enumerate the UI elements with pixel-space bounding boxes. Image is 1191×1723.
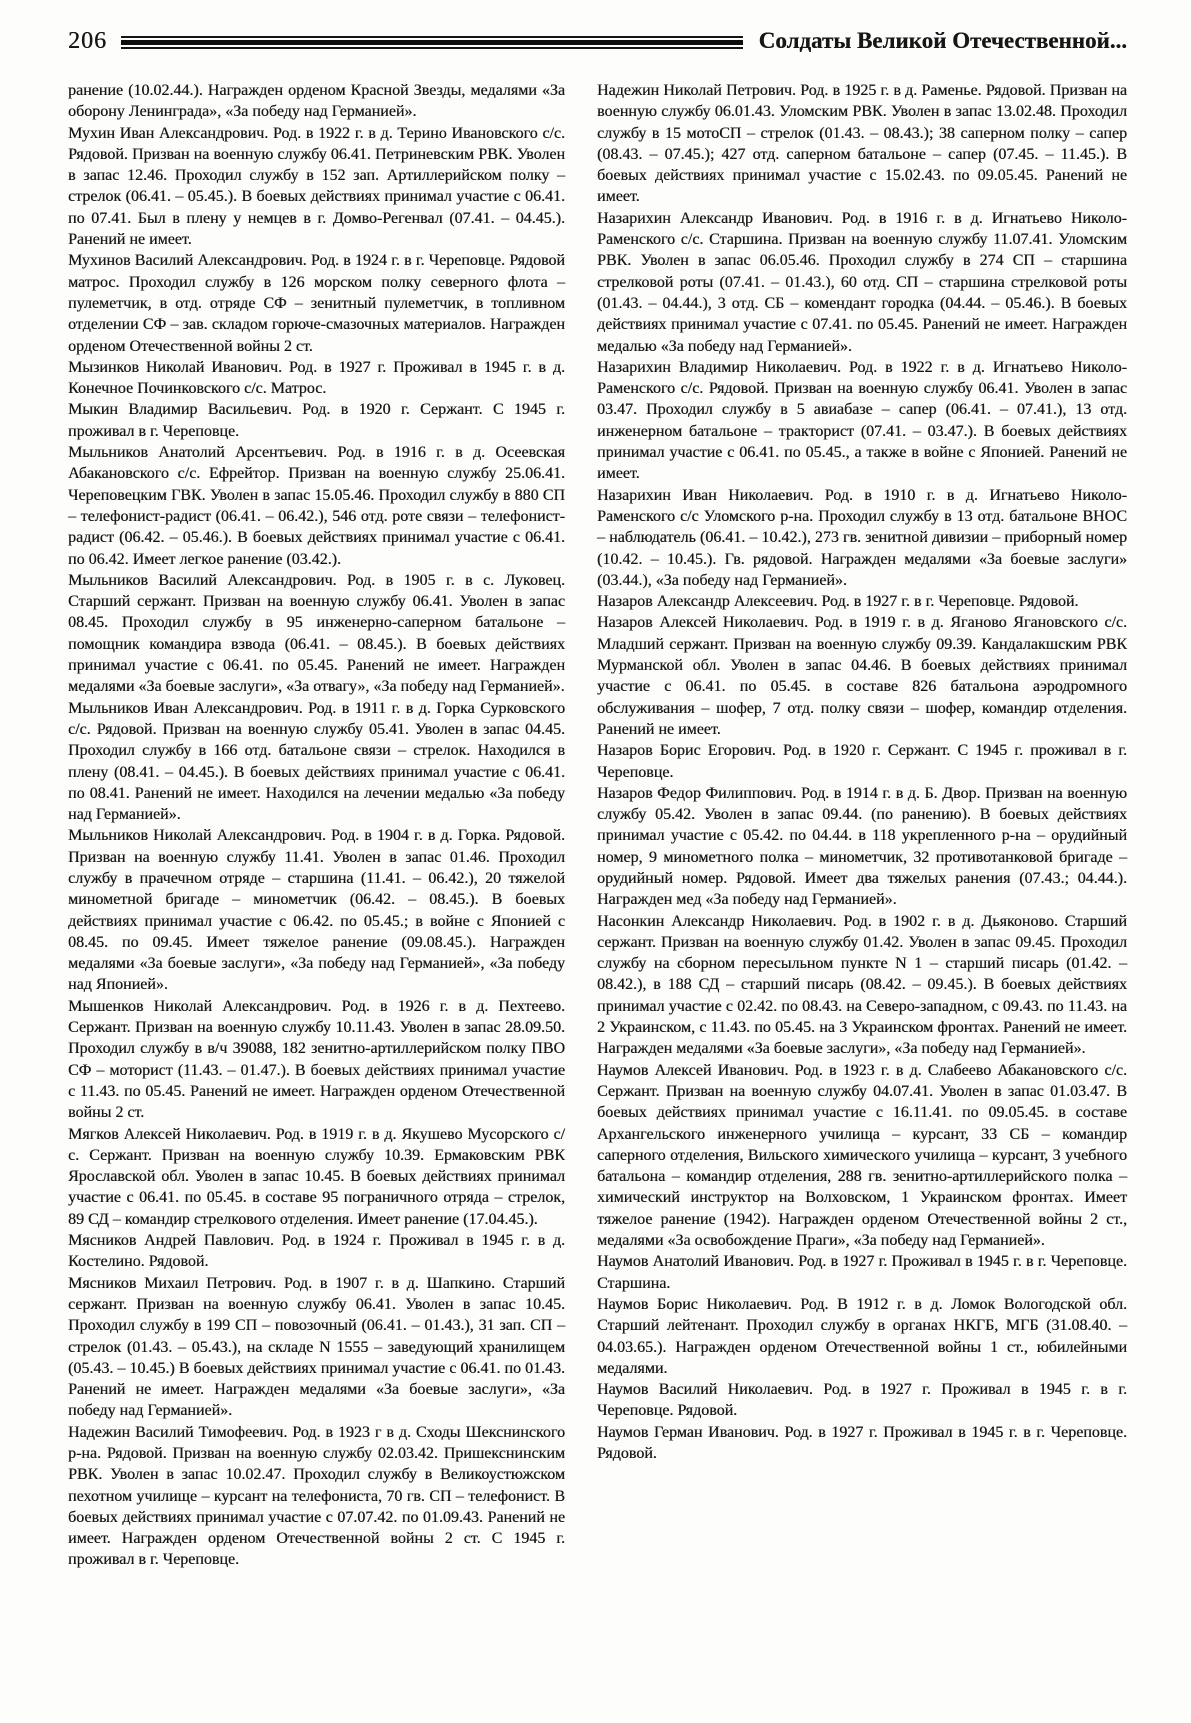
- soldier-entry: Наумов Алексей Иванович. Род. в 1923 г. …: [597, 1060, 1127, 1252]
- column-left: ранение (10.02.44.). Награжден орденом К…: [68, 80, 565, 1571]
- soldier-entry: Надежин Николай Петрович. Род. в 1925 г.…: [597, 80, 1127, 208]
- soldier-entry: Наумов Борис Николаевич. Род. В 1912 г. …: [597, 1294, 1127, 1379]
- soldier-entry: Мыльников Анатолий Арсентьевич. Род. в 1…: [68, 442, 565, 570]
- soldier-entry: Наумов Анатолий Иванович. Род. в 1927 г.…: [597, 1251, 1127, 1294]
- soldier-entry: Мыльников Василий Александрович. Род. в …: [68, 570, 565, 698]
- content-columns: ранение (10.02.44.). Награжден орденом К…: [68, 80, 1127, 1571]
- soldier-entry: Мыльников Николай Александрович. Род. в …: [68, 825, 565, 995]
- soldier-entry: Наумов Василий Николаевич. Род. в 1927 г…: [597, 1379, 1127, 1422]
- book-page: 206 Солдаты Великой Отечественной... ран…: [0, 0, 1191, 1723]
- soldier-entry: Назаров Борис Егорович. Род. в 1920 г. С…: [597, 740, 1127, 783]
- entry-continuation: ранение (10.02.44.). Награжден орденом К…: [68, 80, 565, 123]
- soldier-entry: Мыкин Владимир Васильевич. Род. в 1920 г…: [68, 399, 565, 442]
- soldier-entry: Наумов Герман Иванович. Род. в 1927 г. П…: [597, 1422, 1127, 1465]
- soldier-entry: Назарихин Иван Николаевич. Род. в 1910 г…: [597, 485, 1127, 591]
- soldier-entry: Мухин Иван Александрович. Род. в 1922 г.…: [68, 123, 565, 251]
- soldier-entry: Назарихин Александр Иванович. Род. в 191…: [597, 208, 1127, 357]
- soldier-entry: Надежин Василий Тимофеевич. Род. в 1923 …: [68, 1422, 565, 1571]
- soldier-entry: Мягков Алексей Николаевич. Род. в 1919 г…: [68, 1124, 565, 1230]
- soldier-entry: Насонкин Александр Николаевич. Род. в 19…: [597, 911, 1127, 1060]
- soldier-entry: Назарихин Владимир Николаевич. Род. в 19…: [597, 357, 1127, 485]
- soldier-entry: Назаров Александр Алексеевич. Род. в 192…: [597, 591, 1127, 612]
- soldier-entry: Мухинов Василий Александрович. Род. в 19…: [68, 250, 565, 356]
- soldier-entry: Мясников Андрей Павлович. Род. в 1924 г.…: [68, 1230, 565, 1273]
- column-right: Надежин Николай Петрович. Род. в 1925 г.…: [597, 80, 1127, 1464]
- soldier-entry: Назаров Алексей Николаевич. Род. в 1919 …: [597, 612, 1127, 740]
- soldier-entry: Мыльников Иван Александрович. Род. в 191…: [68, 698, 565, 826]
- soldier-entry: Мышенков Николай Александрович. Род. в 1…: [68, 996, 565, 1124]
- page-title: Солдаты Великой Отечественной...: [759, 28, 1127, 54]
- page-number: 206: [68, 28, 107, 55]
- page-header: 206 Солдаты Великой Отечественной...: [68, 24, 1127, 58]
- soldier-entry: Мызинков Николай Иванович. Род. в 1927 г…: [68, 357, 565, 400]
- soldier-entry: Назаров Федор Филиппович. Род. в 1914 г.…: [597, 783, 1127, 911]
- header-rule-divider: [121, 36, 743, 49]
- soldier-entry: Мясников Михаил Петрович. Род. в 1907 г.…: [68, 1273, 565, 1422]
